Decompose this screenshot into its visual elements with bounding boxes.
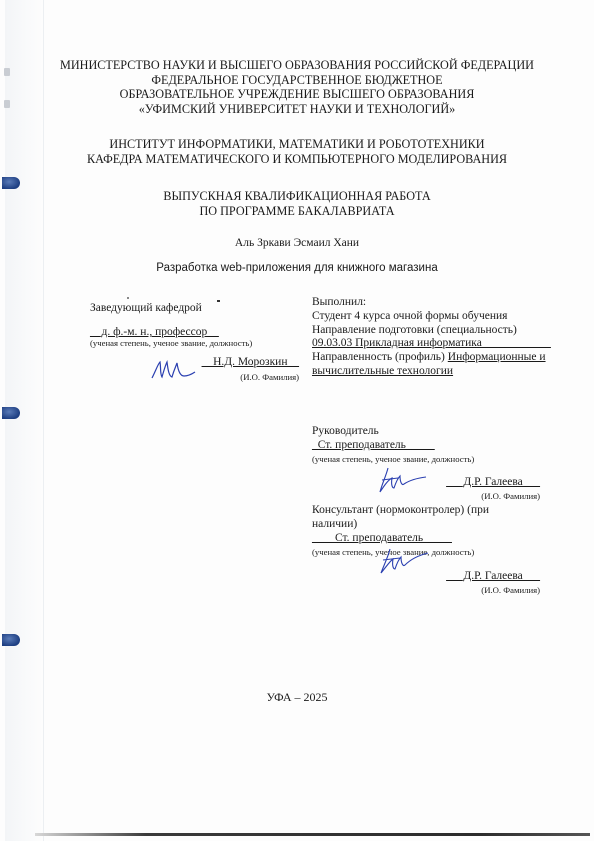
binding-ring-icon	[2, 177, 20, 189]
work-type: ВЫПУСКНАЯ КВАЛИФИКАЦИОННАЯ РАБОТА ПО ПРО…	[0, 189, 594, 218]
consultant-role-cont: наличии)	[312, 518, 552, 532]
student-block: Выполнил: Студент 4 курса очной формы об…	[312, 296, 552, 379]
direction-value: 09.03.03 Прикладная информатика_________…	[312, 337, 552, 351]
signature-icon	[150, 358, 196, 380]
head-of-department-block: Заведующий кафедрой __д. ф.-м. н., профе…	[90, 302, 305, 374]
header-line: МИНИСТЕРСТВО НАУКИ И ВЫСШЕГО ОБРАЗОВАНИЯ…	[0, 58, 594, 73]
direction-label: Направление подготовки (специальность)	[312, 324, 552, 338]
header-line: ФЕДЕРАЛЬНОЕ ГОСУДАРСТВЕННОЕ БЮДЖЕТНОЕ	[0, 73, 594, 88]
head-degree-caption: (ученая степень, ученое звание, должност…	[90, 338, 305, 348]
supervisor-position-caption: (ученая степень, ученое звание, должност…	[312, 453, 552, 467]
institute-line: ИНСТИТУТ ИНФОРМАТИКИ, МАТЕМАТИКИ И РОБОТ…	[0, 137, 594, 152]
institute-header: ИНСТИТУТ ИНФОРМАТИКИ, МАТЕМАТИКИ И РОБОТ…	[0, 137, 594, 166]
header-line: «УФИМСКИЙ УНИВЕРСИТЕТ НАУКИ И ТЕХНОЛОГИЙ…	[0, 102, 594, 117]
page-edge-shadow	[35, 833, 590, 836]
profile-value: Информационные и	[448, 351, 546, 363]
signature-icon	[378, 547, 430, 575]
author-name: Аль Зркави Эсмаил Хани	[0, 237, 594, 249]
department-line: КАФЕДРА МАТЕМАТИЧЕСКОГО И КОМПЬЮТЕРНОГО …	[0, 152, 594, 167]
head-degree: __д. ф.-м. н., профессор__	[90, 326, 305, 338]
binding-ring-icon	[2, 634, 20, 646]
head-name-caption: (И.О. Фамилия)	[240, 372, 299, 382]
work-type-line: ПО ПРОГРАММЕ БАКАЛАВРИАТА	[0, 204, 594, 219]
ministry-header: МИНИСТЕРСТВО НАУКИ И ВЫСШЕГО ОБРАЗОВАНИЯ…	[0, 58, 594, 116]
thesis-title: Разработка web-приложения для книжного м…	[0, 262, 594, 274]
supervisor-role: Руководитель	[312, 425, 552, 439]
scan-mark	[127, 297, 129, 299]
consultant-name-caption: (И.О. Фамилия)	[481, 584, 540, 598]
head-name: __Н.Д. Морозкин__	[202, 356, 299, 368]
city-year: УФА – 2025	[0, 690, 594, 705]
signature-icon	[378, 466, 428, 494]
supervisor-block: Руководитель _Ст. преподаватель_____ (уч…	[312, 425, 552, 592]
consultant-position-caption: (ученая степень, ученое звание, должност…	[312, 546, 552, 560]
header-line: ОБРАЗОВАТЕЛЬНОЕ УЧРЕЖДЕНИЕ ВЫСШЕГО ОБРАЗ…	[0, 87, 594, 102]
consultant-name: ___Д.Р. Галеева___	[446, 570, 540, 584]
supervisor-name-caption: (И.О. Фамилия)	[481, 490, 540, 504]
binding-ring-icon	[2, 407, 20, 419]
student-course: Студент 4 курса очной формы обучения	[312, 310, 552, 324]
consultant-role: Консультант (нормоконтролер) (при	[312, 504, 552, 518]
binding-strip	[5, 0, 44, 841]
profile-value-cont: вычислительные технологии	[312, 365, 552, 379]
work-type-line: ВЫПУСКНАЯ КВАЛИФИКАЦИОННАЯ РАБОТА	[0, 189, 594, 204]
head-role: Заведующий кафедрой	[90, 302, 305, 314]
profile-label: Направленность (профиль)	[312, 351, 445, 363]
consultant-position: ____Ст. преподаватель_____	[312, 532, 552, 546]
supervisor-name: ___Д.Р. Галеева___	[446, 476, 540, 490]
scan-mark	[217, 300, 220, 302]
done-by-label: Выполнил:	[312, 296, 552, 310]
supervisor-position: _Ст. преподаватель_____	[312, 439, 552, 453]
